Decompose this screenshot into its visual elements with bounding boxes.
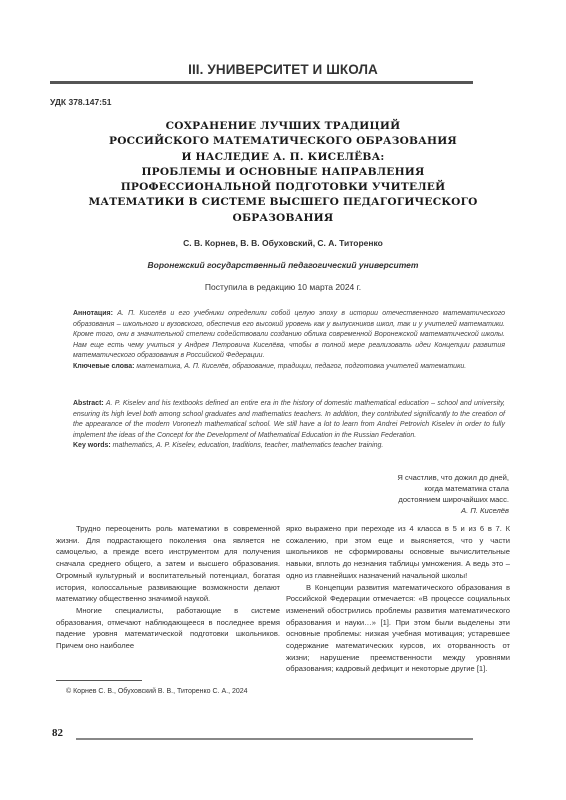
abstract-en-label: Abstract:	[73, 400, 104, 407]
title-line: ПРОФЕССИОНАЛЬНОЙ ПОДГОТОВКИ УЧИТЕЛЕЙ	[52, 180, 514, 195]
section-heading: III. УНИВЕРСИТЕТ И ШКОЛА	[0, 62, 566, 77]
abstract-ru: Аннотация: А. П. Киселёв и его учебники …	[73, 309, 505, 372]
keywords-en-label: Key words:	[73, 442, 111, 449]
affiliation: Воронежский государственный педагогическ…	[0, 260, 566, 270]
copyright-notice: © Корнев С. В., Обуховский В. В., Титоре…	[56, 688, 248, 695]
abstract-ru-label: Аннотация:	[73, 310, 113, 317]
epigraph-author: А. П. Киселёв	[397, 505, 509, 516]
header-rule	[50, 81, 473, 84]
title-line: РОССИЙСКОГО МАТЕМАТИЧЕСКОГО ОБРАЗОВАНИЯ	[52, 134, 514, 149]
title-line: ОБРАЗОВАНИЯ	[52, 211, 514, 226]
title-line: СОХРАНЕНИЕ ЛУЧШИХ ТРАДИЦИЙ	[52, 119, 514, 134]
body-column-left: Трудно переоценить роль математики в сов…	[56, 523, 280, 652]
abstract-en-text: A. P. Kiselev and his textbooks defined …	[73, 400, 505, 439]
title-line: ПРОБЛЕМЫ И ОСНОВНЫЕ НАПРАВЛЕНИЯ	[52, 165, 514, 180]
body-column-right: ярко выражено при переходе из 4 класса в…	[286, 523, 510, 675]
paragraph: ярко выражено при переходе из 4 класса в…	[286, 523, 510, 582]
epigraph-line: Я счастлив, что дожил до дней,	[397, 472, 509, 483]
title-line: И НАСЛЕДИЕ А. П. КИСЕЛЁВА:	[52, 150, 514, 165]
paragraph: Многие специалисты, работающие в системе…	[56, 605, 280, 652]
abstract-en: Abstract: A. P. Kiselev and his textbook…	[73, 399, 505, 452]
keywords-ru-label: Ключевые слова:	[73, 363, 134, 370]
paragraph: В Концепции развития математического обр…	[286, 582, 510, 676]
keywords-ru-text: математика, А. П. Киселёв, образование, …	[134, 363, 466, 370]
epigraph-line: достоянием широчайших масс.	[397, 494, 509, 505]
epigraph: Я счастлив, что дожил до дней, когда мат…	[397, 472, 509, 516]
article-title: СОХРАНЕНИЕ ЛУЧШИХ ТРАДИЦИЙ РОССИЙСКОГО М…	[52, 119, 514, 226]
keywords-en-text: mathematics, A. P. Kiselev, education, t…	[111, 442, 384, 449]
epigraph-line: когда математика стала	[397, 483, 509, 494]
authors: С. В. Корнев, В. В. Обуховский, С. А. Ти…	[0, 238, 566, 248]
page-number: 82	[52, 727, 63, 739]
footnote: © Корнев С. В., Обуховский В. В., Титоре…	[56, 686, 280, 697]
title-line: МАТЕМАТИКИ В СИСТЕМЕ ВЫСШЕГО ПЕДАГОГИЧЕС…	[52, 195, 514, 210]
footer-rule	[76, 738, 473, 740]
paragraph: Трудно переоценить роль математики в сов…	[56, 523, 280, 605]
footnote-rule	[56, 680, 142, 681]
udk-code: УДК 378.147:51	[50, 97, 111, 107]
abstract-ru-text: А. П. Киселёв и его учебники определили …	[73, 310, 505, 359]
received-date: Поступила в редакцию 10 марта 2024 г.	[0, 282, 566, 292]
